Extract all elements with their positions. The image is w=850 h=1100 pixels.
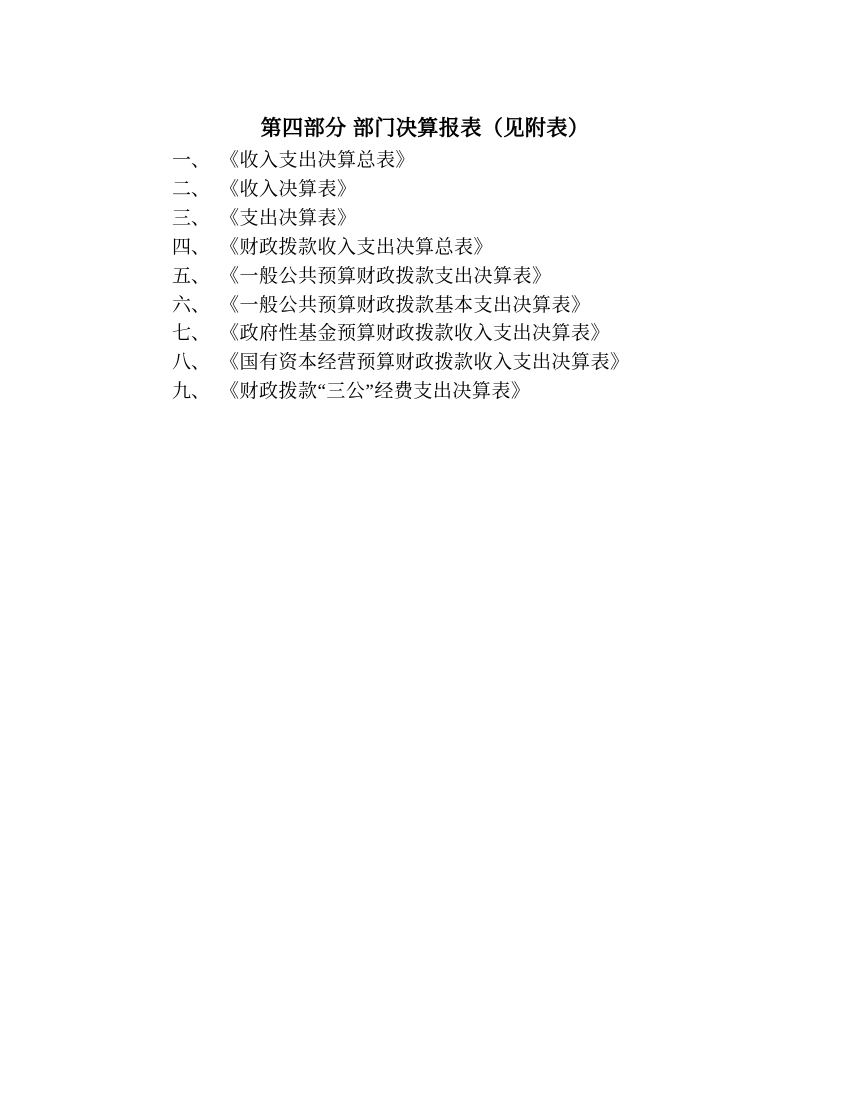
list-item: 六、 《一般公共预算财政拨款基本支出决算表》 <box>172 292 850 321</box>
list-item-title: 《政府性基金预算财政拨款收入支出决算表》 <box>220 320 610 349</box>
list-item-number: 六、 <box>172 292 220 321</box>
list-item-number: 一、 <box>172 147 220 176</box>
list-item: 八、 《国有资本经营预算财政拨款收入支出决算表》 <box>172 349 850 378</box>
document-content: 第四部分 部门决算报表（见附表） 一、 《收入支出决算总表》 二、 《收入决算表… <box>0 115 850 407</box>
section-heading: 第四部分 部门决算报表（见附表） <box>0 115 850 142</box>
list-item: 三、 《支出决算表》 <box>172 205 850 234</box>
list-item: 一、 《收入支出决算总表》 <box>172 147 850 176</box>
list-item-title: 《收入决算表》 <box>220 176 357 205</box>
list-item-number: 九、 <box>172 378 220 407</box>
list-item-number: 二、 <box>172 176 220 205</box>
list-item-title: 《一般公共预算财政拨款支出决算表》 <box>220 263 552 292</box>
list-item-title: 《收入支出决算总表》 <box>220 147 415 176</box>
report-table-list: 一、 《收入支出决算总表》 二、 《收入决算表》 三、 《支出决算表》 四、 《… <box>172 147 850 407</box>
list-item: 七、 《政府性基金预算财政拨款收入支出决算表》 <box>172 320 850 349</box>
list-item-number: 七、 <box>172 320 220 349</box>
list-item-title: 《支出决算表》 <box>220 205 357 234</box>
list-item: 九、 《财政拨款“三公”经费支出决算表》 <box>172 378 850 407</box>
list-item-number: 三、 <box>172 205 220 234</box>
list-item-title: 《财政拨款收入支出决算总表》 <box>220 234 493 263</box>
list-item-title: 《财政拨款“三公”经费支出决算表》 <box>220 378 530 407</box>
document-page: 第四部分 部门决算报表（见附表） 一、 《收入支出决算总表》 二、 《收入决算表… <box>0 0 850 1100</box>
list-item-number: 八、 <box>172 349 220 378</box>
list-item: 五、 《一般公共预算财政拨款支出决算表》 <box>172 263 850 292</box>
list-item-title: 《国有资本经营预算财政拨款收入支出决算表》 <box>220 349 630 378</box>
list-item: 四、 《财政拨款收入支出决算总表》 <box>172 234 850 263</box>
list-item-title: 《一般公共预算财政拨款基本支出决算表》 <box>220 292 591 321</box>
list-item: 二、 《收入决算表》 <box>172 176 850 205</box>
list-item-number: 四、 <box>172 234 220 263</box>
list-item-number: 五、 <box>172 263 220 292</box>
